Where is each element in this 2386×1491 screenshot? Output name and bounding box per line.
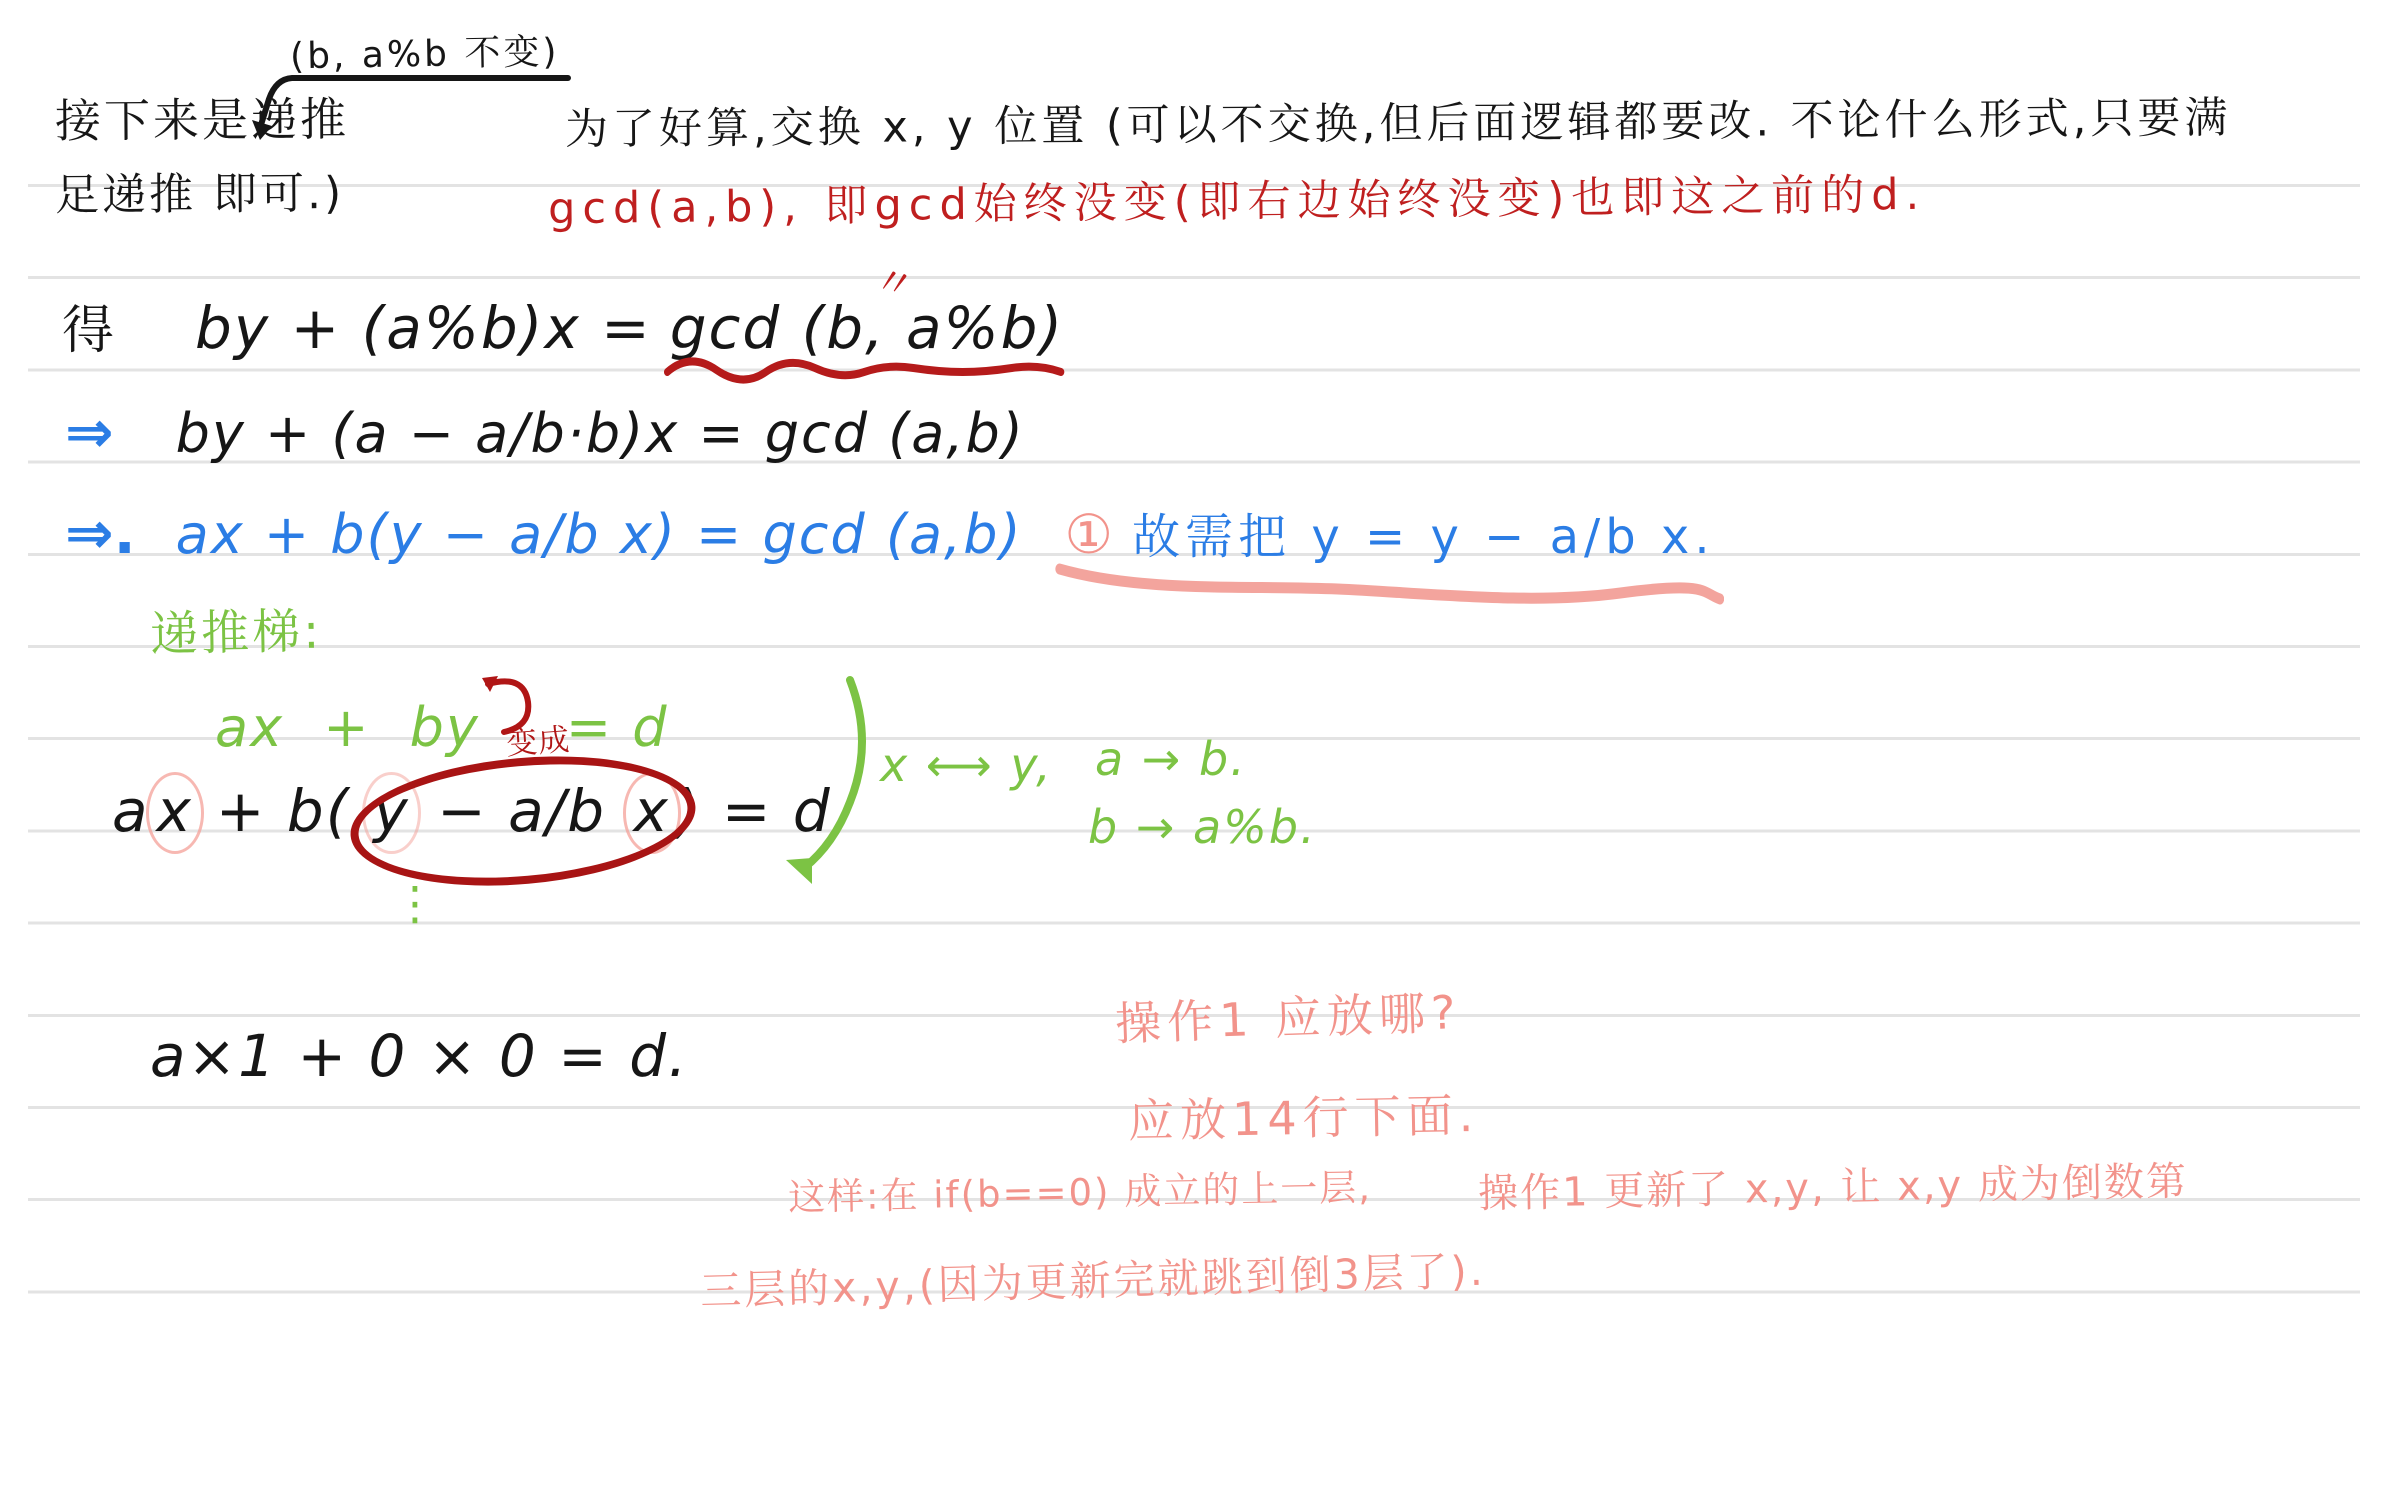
intro-line2: 足递推 即可.) xyxy=(55,157,345,223)
top-eq-right: = d xyxy=(566,696,669,759)
eq2: by + (a − a/b·b)x = gcd (a,b) xyxy=(176,402,1025,465)
eq1-gcd: gcd (b, a%b) xyxy=(670,294,1064,362)
intro-text: 接下来是递推 xyxy=(55,83,349,151)
implies-arrow-1: ⇒ xyxy=(65,398,114,466)
handwritten-note-page: (b, a%b 不变) 接下来是递推 为了好算,交换 x, y 位置 (可以不交… xyxy=(0,0,2386,1491)
red-wavy-underline xyxy=(664,356,1074,386)
recursion-mid-equation: ax + b( y − a/b x ) = d xyxy=(112,772,832,854)
derive-lead: 得 xyxy=(62,288,117,363)
implies-arrow-2: ⇒. xyxy=(65,499,136,567)
circled-substitution: y − a/b x xyxy=(366,772,676,854)
pink-circle-x: x xyxy=(146,772,204,854)
pink-wavy-underline xyxy=(1055,559,1725,607)
recursion-top-equation: ax + by 变成 = d xyxy=(215,682,669,759)
top-eq-left: ax + by xyxy=(215,696,480,759)
mid-eq-a: a xyxy=(112,777,150,845)
step-marker: ① xyxy=(1065,503,1113,566)
recursion-title: 递推梯: xyxy=(149,593,322,665)
step-note: 故需把 y = y − a/b x. xyxy=(1132,509,1715,565)
pink-answer: 应放14行下面. xyxy=(1127,1079,1479,1151)
becomes-annotation: 变成 xyxy=(480,682,566,746)
pink-body-1: 这样:在 if(b==0) 成立的上一层, xyxy=(788,1157,1373,1221)
vertical-dots: ⋮ xyxy=(392,880,438,926)
swap-note-1b: a → b. xyxy=(1095,732,1247,786)
swap-note-2: b → a%b. xyxy=(1088,800,1317,854)
swap-note-1: x ⟷ y, xyxy=(880,738,1053,792)
eq1-left: by + (a%b)x = xyxy=(195,294,652,362)
mid-eq-plus: + b( xyxy=(216,777,350,845)
intro-rest: 为了好算,交换 x, y 位置 (可以不交换,但后面逻辑都要改. 不论什么形式,… xyxy=(565,84,2232,157)
pink-question: 操作1 应放哪? xyxy=(1114,976,1462,1054)
recursion-base-equation: a×1 + 0 × 0 = d. xyxy=(150,1022,689,1090)
eq3: ax + b(y − a/b x) = gcd (a,b) xyxy=(176,503,1023,566)
green-swap-arrow-icon xyxy=(778,672,878,892)
